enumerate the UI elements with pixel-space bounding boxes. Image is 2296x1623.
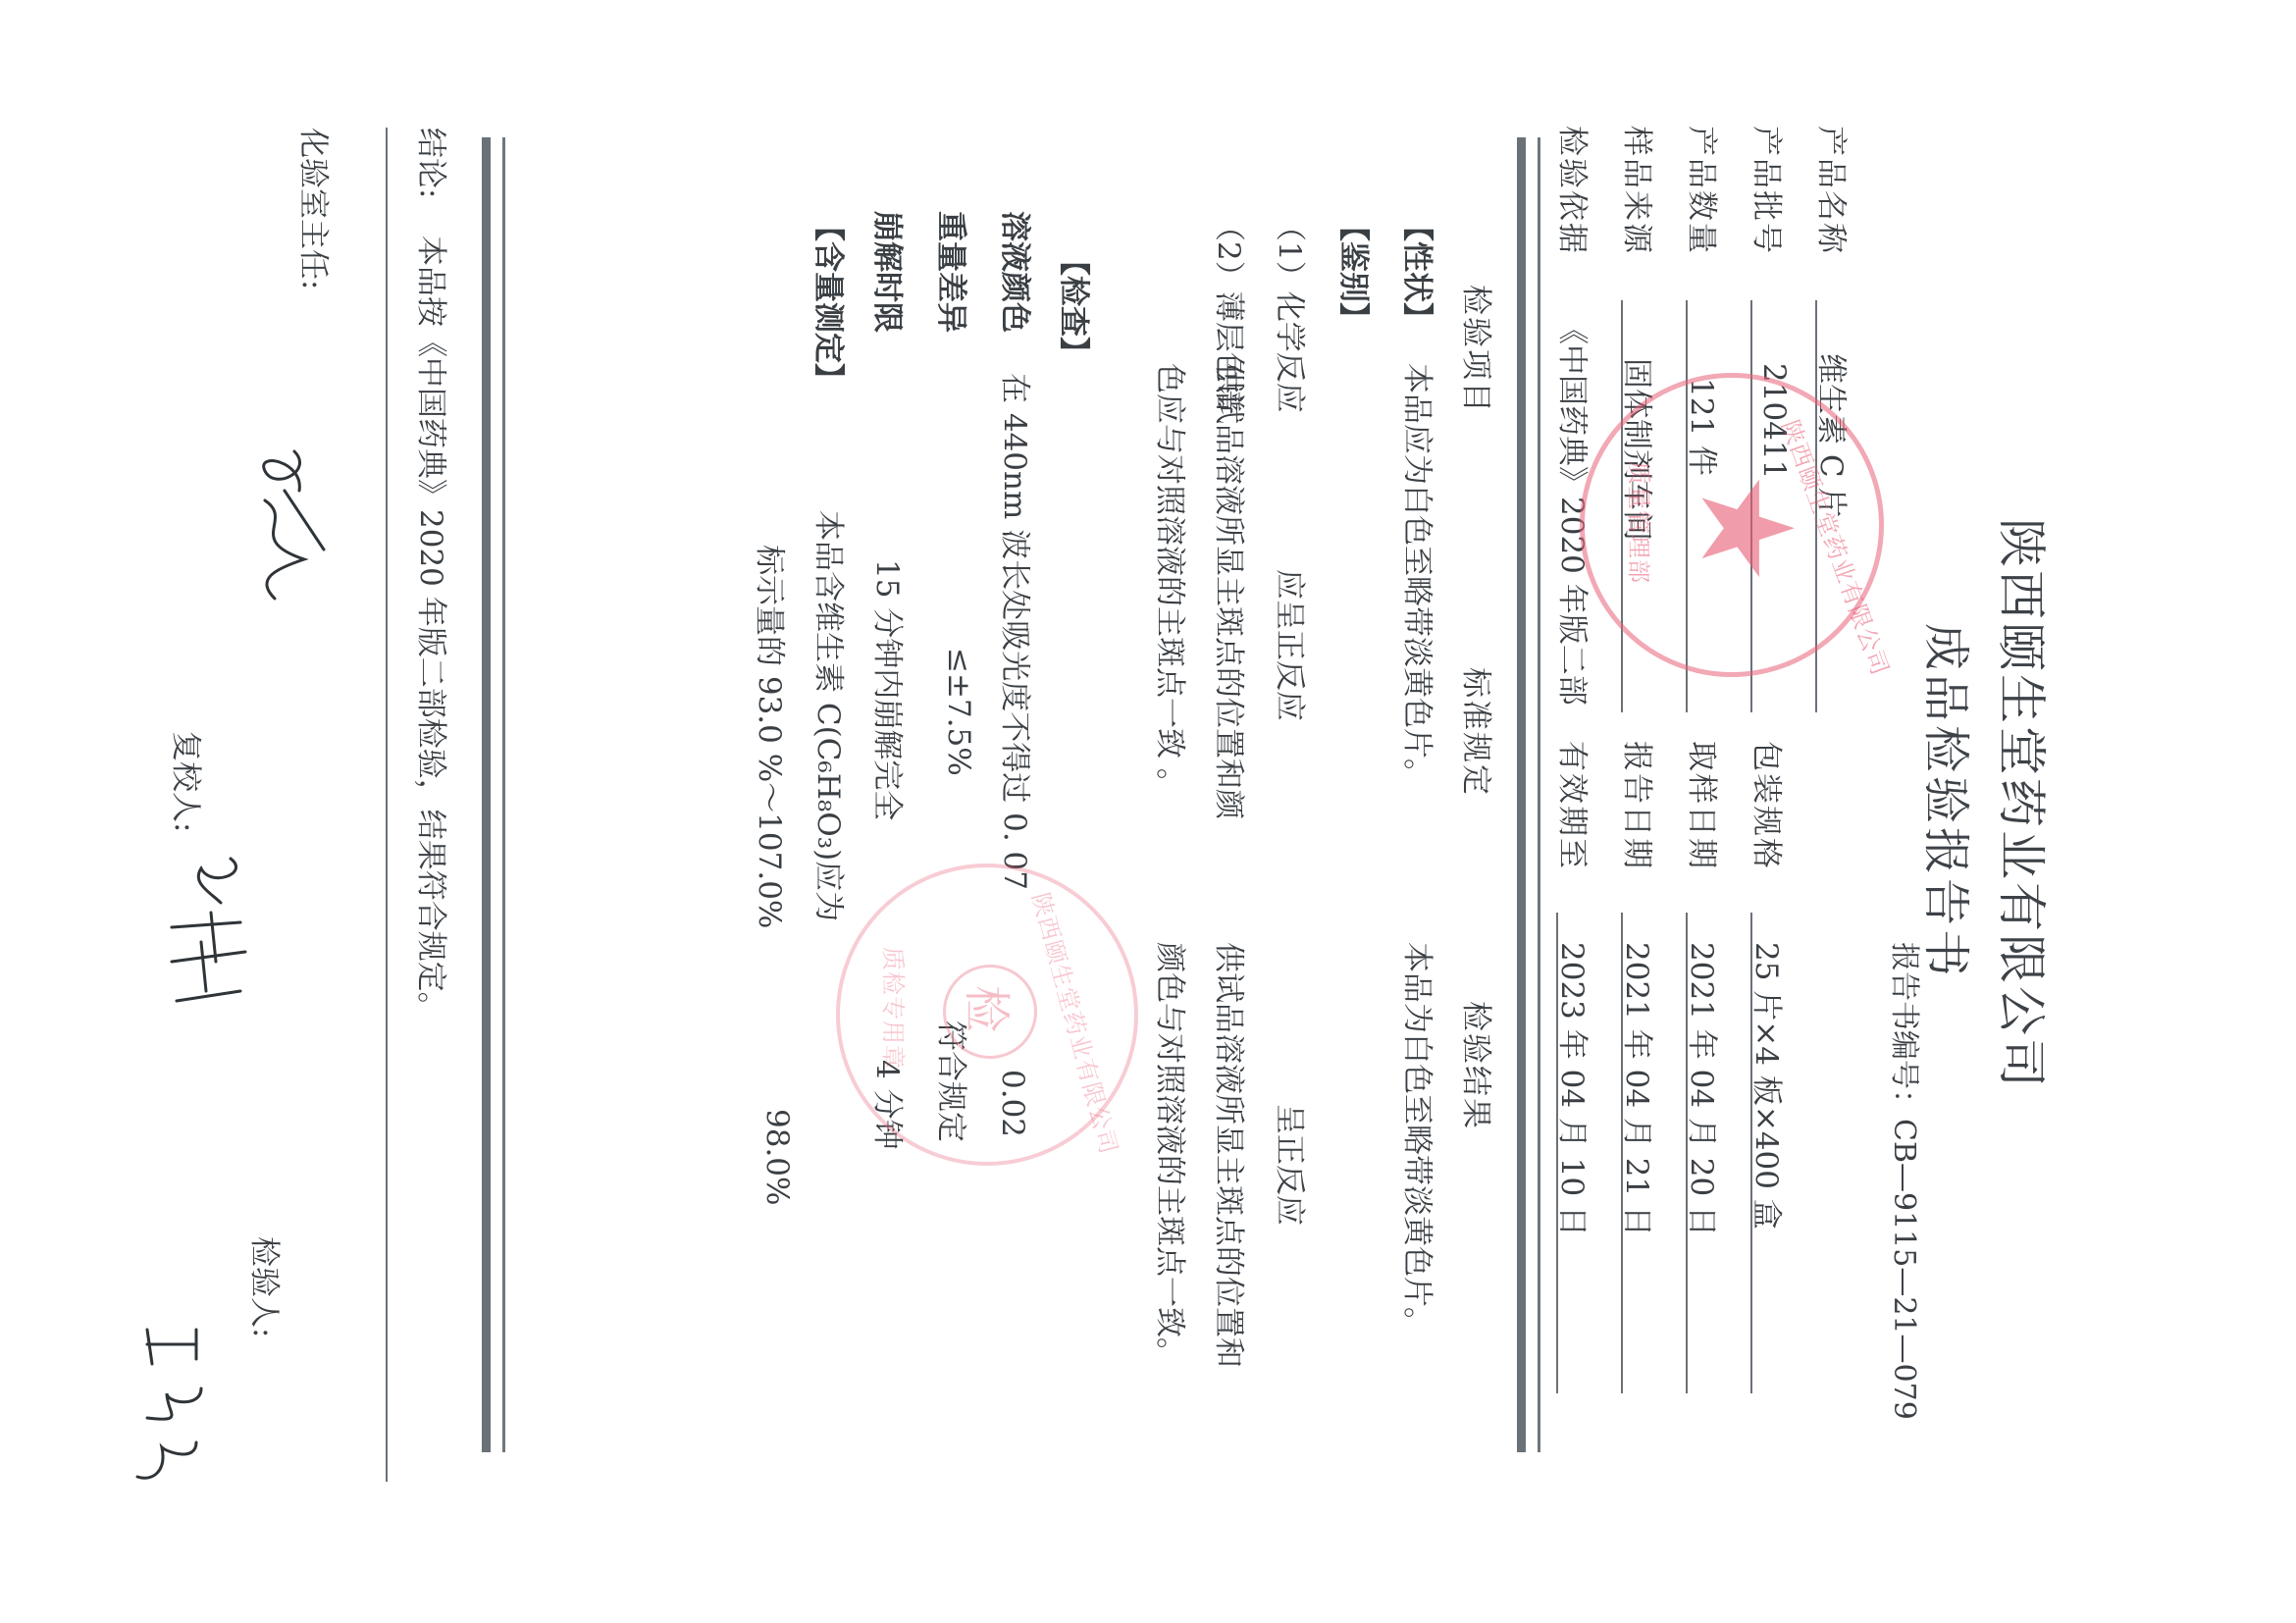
table-row-standard: ≤±7.5% bbox=[941, 648, 976, 776]
table-row-standard: 本品应为白色至略带淡黄色片。 bbox=[1398, 363, 1442, 789]
table-bottom-rule bbox=[482, 137, 505, 1452]
underline bbox=[1686, 913, 1688, 1393]
signature-label-inspector: 检验人: bbox=[245, 1236, 289, 1337]
conclusion-text: 本品按《中国药典》2020 年版二部检验，结果符合规定。 bbox=[412, 236, 456, 1022]
table-row-result: 98.0% bbox=[759, 1109, 795, 1205]
info-label-sampling-date: 取样日期 bbox=[1683, 741, 1727, 870]
table-row-item: 【鉴别】 bbox=[1334, 211, 1379, 333]
inspection-report-page: 陕西颐生堂药业有限公司 成品检验报告书 报告书编号：CB—9115—21—079… bbox=[0, 0, 2296, 1623]
table-row-result: 4 分钟 bbox=[868, 1060, 913, 1150]
info-label-basis: 检验依据 bbox=[1553, 126, 1597, 255]
table-row-standard: 本品含维生素 C(C₆H₈O₃)应为 bbox=[809, 510, 854, 921]
info-label-sample-source: 样品来源 bbox=[1618, 126, 1662, 255]
qc-seal-bottom-text: 质检专用章 bbox=[878, 947, 913, 1070]
company-name: 陕西颐生堂药业有限公司 bbox=[1990, 518, 2061, 1090]
table-row-standard: 供试品溶液所显主斑点的位置和颜 bbox=[1210, 363, 1254, 819]
info-value-report-date: 2021 年 04 月 21 日 bbox=[1618, 942, 1662, 1236]
info-label-batch-no: 产品批号 bbox=[1748, 126, 1792, 255]
info-value-quantity: 121 件 bbox=[1683, 378, 1727, 476]
table-row-standard-cont: 标示量的 93.0 %～107.0% bbox=[751, 545, 795, 928]
table-row-standard: 在 440nm 波长处吸光度不得过 0. 07 bbox=[996, 373, 1040, 890]
header-test-item: 检验项目 bbox=[1457, 285, 1501, 414]
table-row-result: 0.02 bbox=[995, 1070, 1030, 1137]
table-row-item: 【性状】 bbox=[1398, 211, 1442, 333]
table-row-item: 【含量测定】 bbox=[809, 211, 854, 393]
signature-inspector bbox=[118, 1315, 226, 1511]
company-seal-bottom-text: 质量管理部 bbox=[1624, 461, 1658, 584]
signature-lab-director bbox=[206, 432, 334, 628]
info-label-package-spec: 包装规格 bbox=[1748, 741, 1792, 870]
signature-label-lab-director: 化验室主任: bbox=[294, 128, 339, 289]
table-row-item: 【检查】 bbox=[1055, 245, 1099, 367]
info-label-product-name: 产品名称 bbox=[1812, 126, 1856, 255]
signature-divider bbox=[386, 128, 388, 1482]
underline bbox=[1621, 300, 1623, 712]
header-standard: 标准规定 bbox=[1457, 667, 1501, 797]
underline bbox=[1750, 913, 1752, 1393]
table-row-standard: 应呈正反应 bbox=[1271, 569, 1315, 721]
table-row-item: 崩解时限 bbox=[868, 211, 913, 333]
underline bbox=[1556, 913, 1558, 1393]
info-value-basis: 《中国药典》2020 年版二部 bbox=[1553, 314, 1597, 706]
info-value-sampling-date: 2021 年 04 月 20 日 bbox=[1683, 942, 1727, 1236]
info-label-report-date: 报告日期 bbox=[1618, 741, 1662, 870]
info-label-quantity: 产品数量 bbox=[1683, 126, 1727, 255]
table-row-item: 溶液颜色 bbox=[996, 211, 1040, 333]
signature-reviewer bbox=[152, 844, 260, 1040]
qc-seal-text: 陕西颐生堂药业有限公司 bbox=[1025, 888, 1128, 1158]
info-label-expiry-date: 有效期至 bbox=[1553, 741, 1597, 870]
report-number: 报告书编号：CB—9115—21—079 bbox=[1886, 942, 1929, 1420]
table-row-item: （1）化学反应 bbox=[1271, 211, 1315, 413]
report-number-label: 报告书编号： bbox=[1887, 942, 1921, 1119]
table-row-result-cont: 颜色与对照溶液的主斑点一致。 bbox=[1151, 942, 1195, 1368]
table-row-result: 供试品溶液所显主斑点的位置和 bbox=[1210, 942, 1254, 1368]
signature-label-reviewer: 复校人: bbox=[167, 731, 211, 832]
table-row-result: 本品为白色至略带淡黄色片。 bbox=[1398, 942, 1442, 1337]
header-result: 检验结果 bbox=[1457, 1001, 1501, 1130]
table-row-item: 重量差异 bbox=[932, 211, 976, 333]
report-number-value: CB—9115—21—079 bbox=[1887, 1119, 1921, 1420]
conclusion-label: 结论: bbox=[412, 128, 456, 198]
star-icon: ★ bbox=[1683, 471, 1810, 586]
table-row-standard: 15 分钟内崩解完全 bbox=[868, 559, 913, 820]
table-row-standard-cont: 色应与对照溶液的主斑点一致 。 bbox=[1151, 363, 1195, 799]
info-value-package-spec: 25 片×4 板×400 盒 bbox=[1748, 942, 1792, 1230]
underline bbox=[1621, 913, 1623, 1393]
info-value-expiry-date: 2023 年 04 月 10 日 bbox=[1553, 942, 1597, 1236]
report-title: 成品检验报告书 bbox=[1916, 623, 1984, 980]
table-row-result: 呈正反应 bbox=[1271, 1104, 1315, 1226]
qc-seal-center-char: 检 bbox=[957, 985, 1024, 1032]
table-top-rule bbox=[1517, 137, 1540, 1452]
